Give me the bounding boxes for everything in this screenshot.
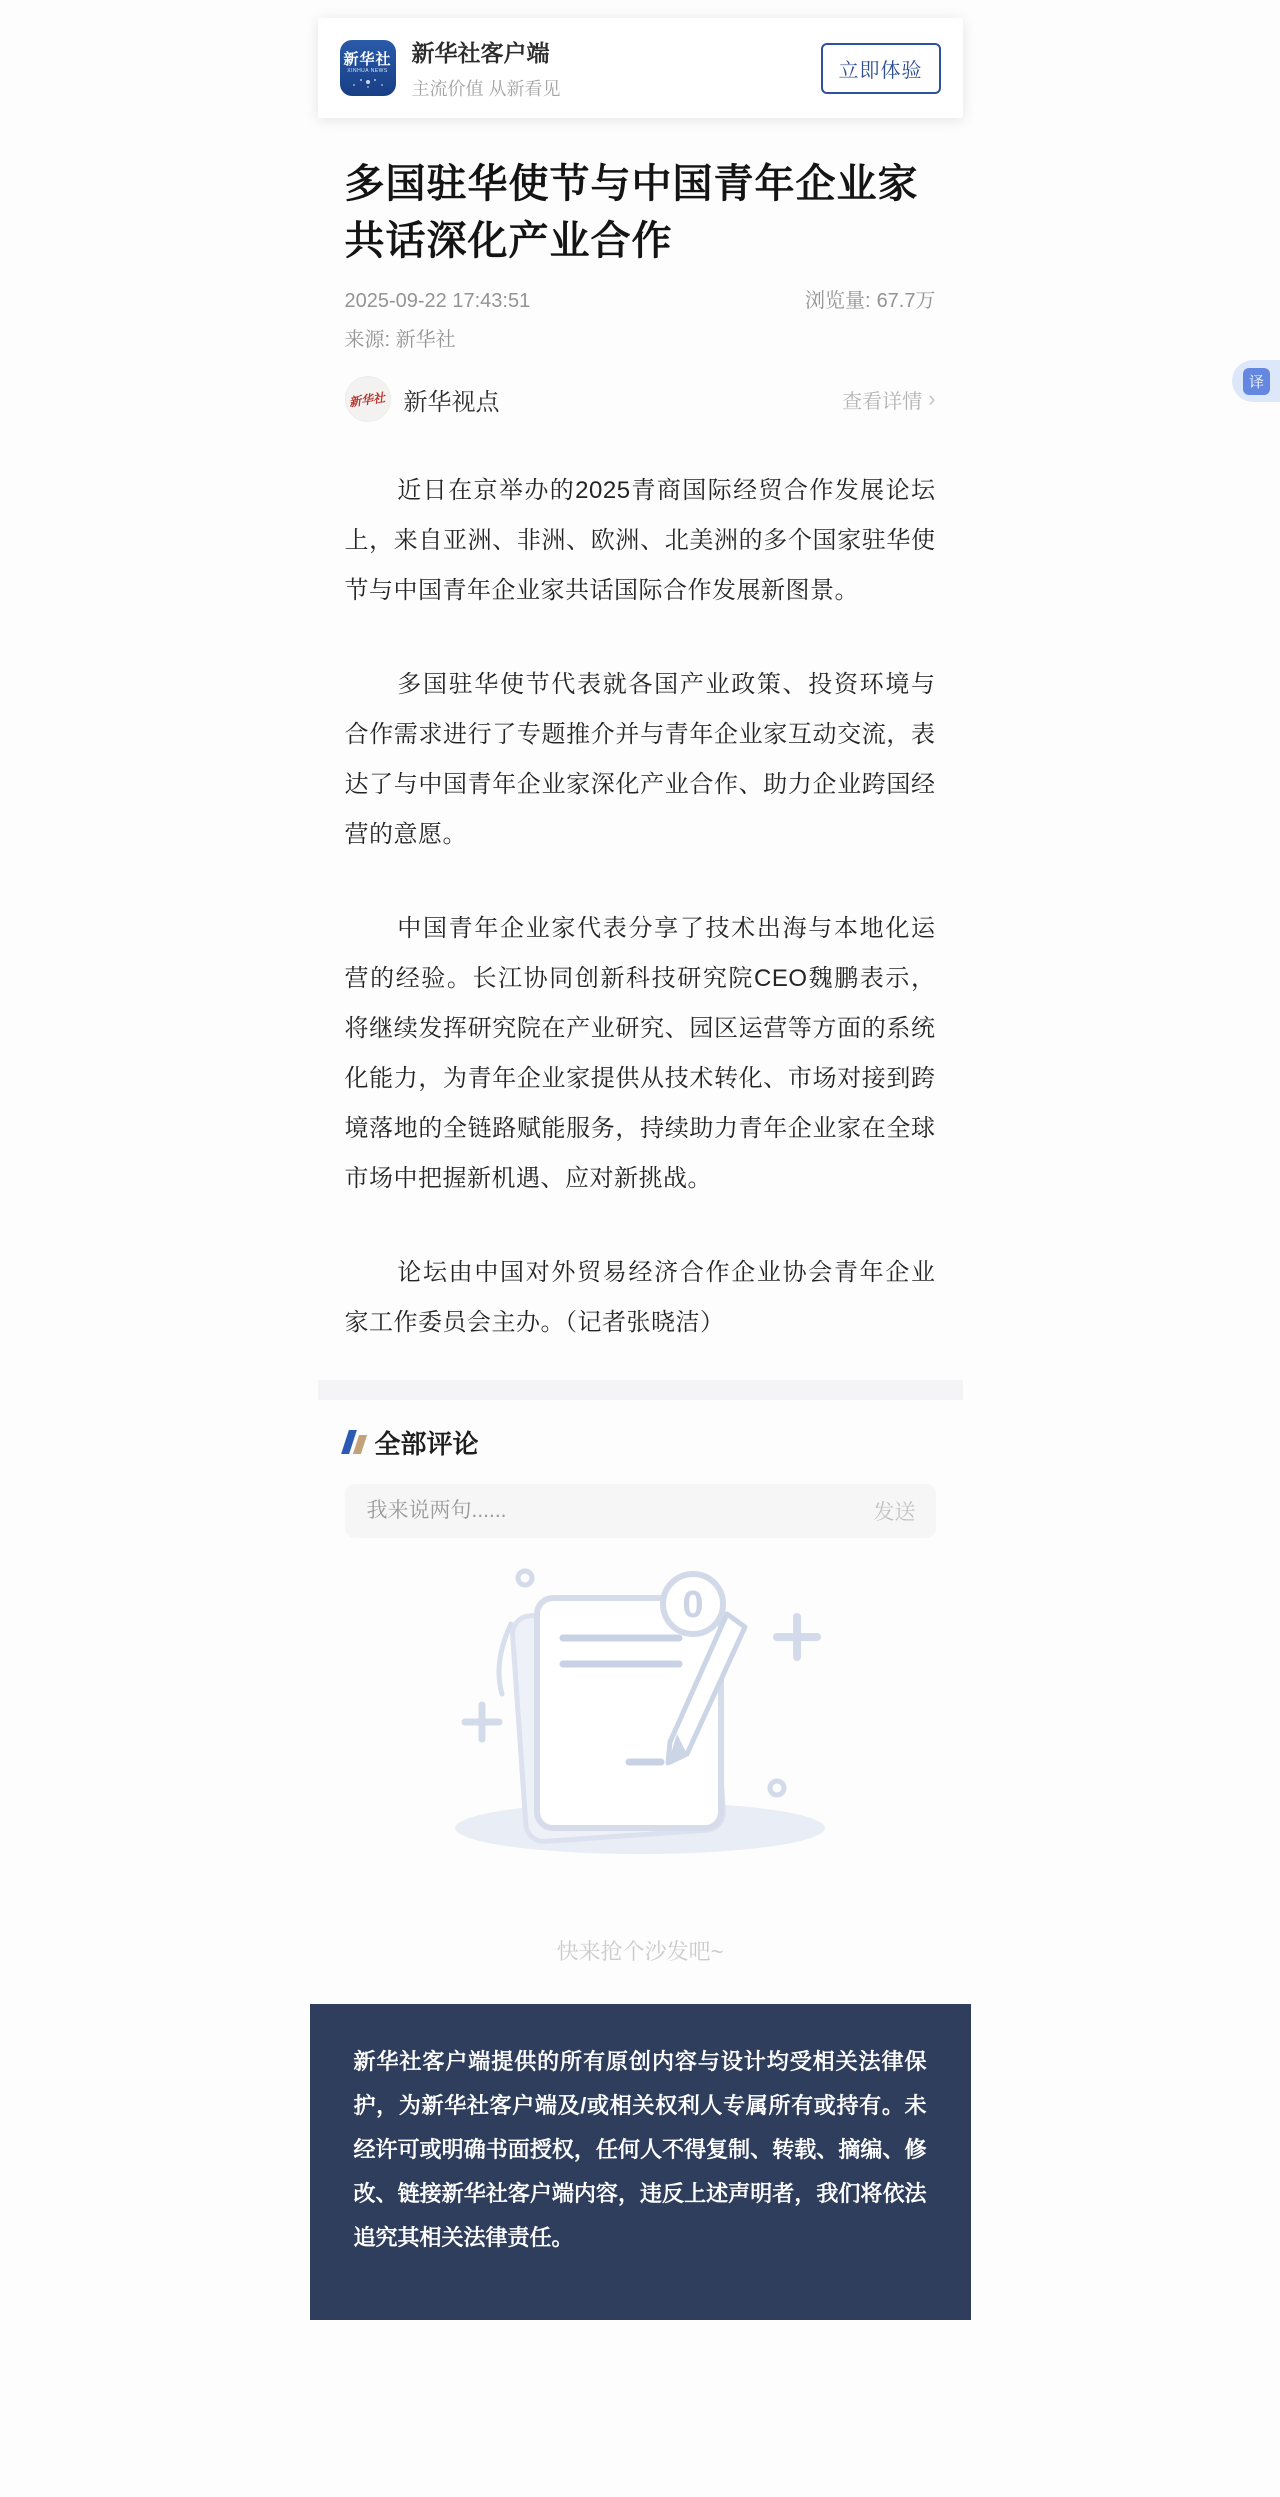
app-slogan: 主流价值 从新看见 — [412, 75, 561, 101]
legal-footer: 新华社客户端提供的所有原创内容与设计均受相关法律保护，为新华社客户端及/或相关权… — [310, 2004, 971, 2320]
article-paragraph: 论坛由中国对外贸易经济合作企业协会青年企业家工作委员会主办。（记者张晓洁） — [345, 1248, 936, 1348]
empty-comments-illustration: 0 — [345, 1562, 936, 1867]
zero-comments-badge: 0 — [682, 1584, 703, 1626]
article-meta: 2025-09-22 17:43:51 浏览量:67.7万 来源: 新华社 — [345, 284, 936, 352]
translate-icon: 译 — [1243, 368, 1270, 395]
view-details-link[interactable]: 查看详情 › — [842, 385, 935, 414]
app-icon-sublabel: XINHUA NEWS — [347, 68, 388, 75]
account-avatar: 新华社 — [345, 376, 391, 422]
publish-time: 2025-09-22 17:43:51 — [345, 290, 531, 313]
article: 多国驻华使节与中国青年企业家共话深化产业合作 2025-09-22 17:43:… — [318, 156, 963, 1348]
view-count-value: 67.7万 — [877, 290, 936, 312]
account-row: 新华社 新华视点 查看详情 › — [345, 376, 936, 422]
app-banner: 新华社 XINHUA NEWS 新华社客户端 主流价值 从新看见 立即体验 — [318, 18, 963, 118]
comments-slash-icon — [345, 1430, 364, 1454]
content-column: 新华社 XINHUA NEWS 新华社客户端 主流价值 从新看见 立即体验 多国… — [318, 18, 963, 2320]
app-icon-label: 新华社 — [343, 52, 391, 68]
open-app-button[interactable]: 立即体验 — [821, 43, 941, 94]
page: 译 新华社 XINHUA NEWS 新华社客户端 主流价值 从新看见 立即体验 … — [0, 0, 1280, 2497]
legal-text: 新华社客户端提供的所有原创内容与设计均受相关法律保护，为新华社客户端及/或相关权… — [354, 2049, 927, 2250]
section-divider — [318, 1380, 963, 1400]
network-dots-icon — [366, 80, 370, 84]
empty-comments-hint: 快来抢个沙发吧~ — [345, 1935, 936, 1966]
article-paragraph: 中国青年企业家代表分享了技术出海与本地化运营的经验。长江协同创新科技研究院CEO… — [345, 904, 936, 1204]
article-paragraph: 多国驻华使节代表就各国产业政策、投资环境与合作需求进行了专题推介并与青年企业家互… — [345, 660, 936, 860]
view-count: 浏览量:67.7万 — [805, 284, 936, 313]
comments-header: 全部评论 — [345, 1426, 936, 1458]
article-title: 多国驻华使节与中国青年企业家共话深化产业合作 — [345, 156, 936, 270]
chevron-right-icon: › — [928, 386, 935, 412]
app-name: 新华社客户端 — [412, 35, 561, 68]
translate-pill[interactable]: 译 — [1232, 360, 1280, 402]
view-count-label: 浏览量: — [805, 290, 871, 312]
notepad-pencil-illustration: 0 — [425, 1562, 855, 1862]
article-source: 来源: 新华社 — [345, 323, 456, 352]
send-comment-button[interactable]: 发送 — [874, 1496, 916, 1526]
xinhua-logo-calligraphy: 新华社 — [348, 388, 386, 410]
comment-input[interactable] — [365, 1498, 860, 1524]
comments-title: 全部评论 — [375, 1424, 479, 1461]
comment-input-bar: 发送 — [345, 1484, 936, 1538]
view-details-label: 查看详情 — [842, 385, 922, 414]
article-paragraph: 近日在京举办的2025青商国际经贸合作发展论坛上，来自亚洲、非洲、欧洲、北美洲的… — [345, 466, 936, 616]
comments-section: 全部评论 发送 0 — [318, 1426, 963, 1966]
app-meta: 新华社客户端 主流价值 从新看见 — [412, 35, 561, 101]
xinhua-app-icon: 新华社 XINHUA NEWS — [340, 40, 396, 96]
account-name: 新华视点 — [404, 382, 500, 417]
